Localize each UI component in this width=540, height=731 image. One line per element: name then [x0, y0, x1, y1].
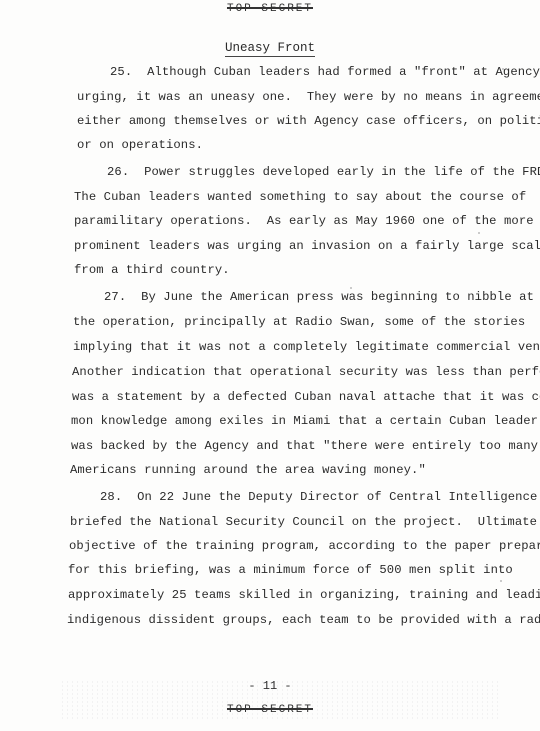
scan-speck	[478, 232, 480, 234]
scan-speck	[500, 580, 502, 582]
section-heading: Uneasy Front	[0, 41, 540, 55]
text-line: briefed the National Security Council on…	[70, 515, 537, 529]
text-line: mon knowledge among exiles in Miami that…	[71, 414, 538, 428]
text-line: Americans running around the area waving…	[70, 463, 426, 477]
page-number: - 11 -	[0, 679, 540, 693]
text-line: Another indication that operational secu…	[72, 365, 540, 379]
text-line: 28. On 22 June the Deputy Director of Ce…	[100, 490, 537, 504]
text-line: urging, it was an uneasy one. They were …	[77, 90, 540, 104]
classification-text-top: TOP SECRET	[227, 3, 313, 15]
text-line: indigenous dissident groups, each team t…	[67, 613, 540, 627]
text-line: 26. Power struggles developed early in t…	[107, 165, 540, 179]
text-line: was backed by the Agency and that "there…	[71, 439, 538, 453]
section-heading-text: Uneasy Front	[225, 41, 315, 57]
classification-marking-bottom: TOP SECRET	[0, 704, 540, 716]
text-line: or on operations.	[77, 138, 203, 152]
text-line: The Cuban leaders wanted something to sa…	[74, 190, 526, 204]
text-line: the operation, principally at Radio Swan…	[73, 315, 525, 329]
text-line: implying that it was not a completely le…	[73, 340, 540, 354]
text-line: 25. Although Cuban leaders had formed a …	[110, 65, 540, 79]
text-line: approximately 25 teams skilled in organi…	[68, 588, 540, 602]
scan-speck	[502, 68, 504, 70]
scan-speck	[466, 495, 468, 497]
text-line: for this briefing, was a minimum force o…	[68, 563, 513, 577]
classification-text-bottom: TOP SECRET	[227, 704, 313, 716]
text-line: either among themselves or with Agency c…	[77, 114, 540, 128]
classification-marking-top: TOP SECRET	[0, 3, 540, 15]
text-line: from a third country.	[74, 263, 230, 277]
text-line: prominent leaders was urging an invasion…	[74, 239, 540, 253]
text-line: objective of the training program, accor…	[69, 539, 540, 553]
text-line: 27. By June the American press was begin…	[104, 290, 534, 304]
text-line: paramilitary operations. As early as May…	[74, 214, 534, 228]
scan-speck	[350, 287, 352, 289]
document-page: TOP SECRET Uneasy Front 25. Although Cub…	[0, 0, 540, 731]
text-line: was a statement by a defected Cuban nava…	[72, 390, 540, 404]
